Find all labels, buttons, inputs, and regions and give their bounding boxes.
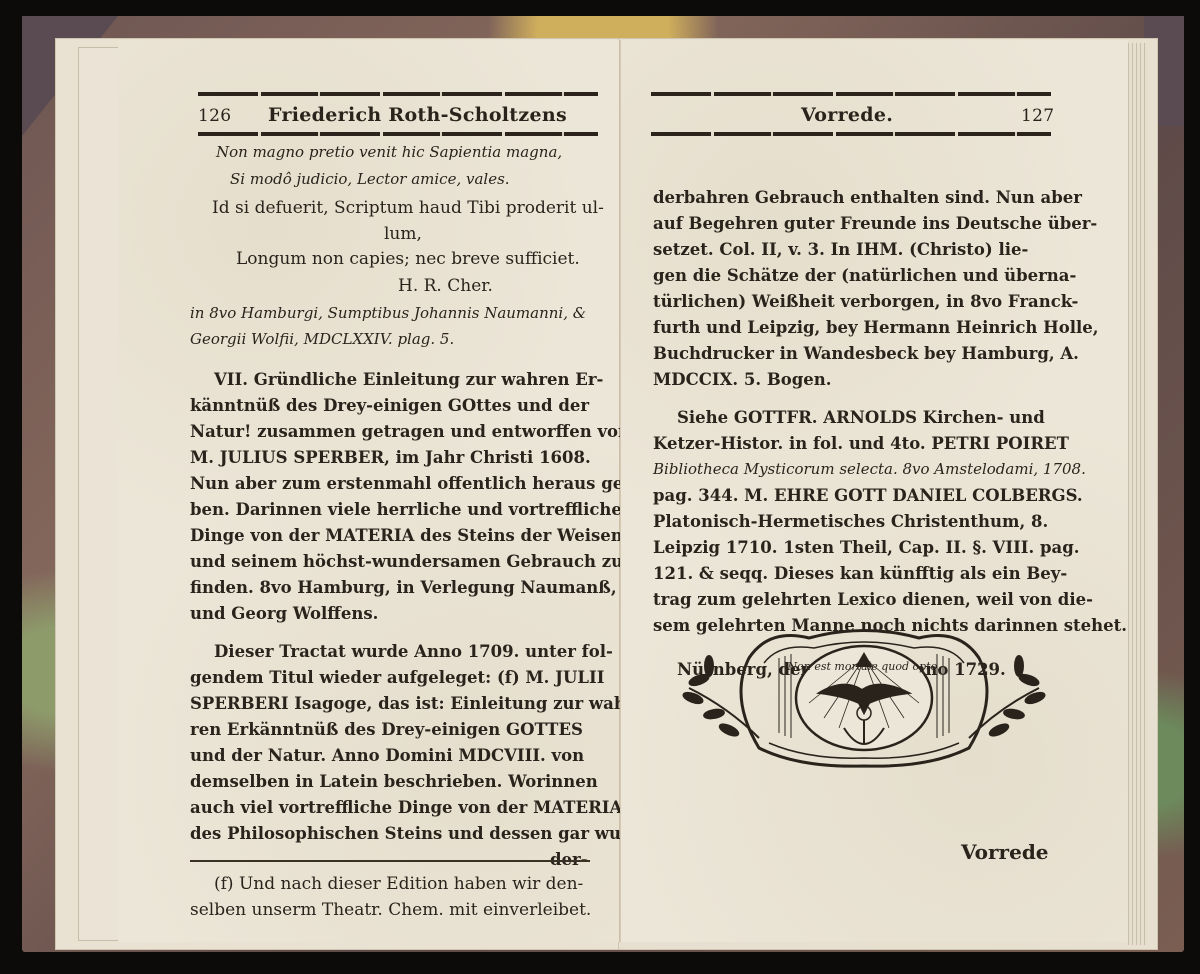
woodcut-ornament-icon: Non est mortale quod opto. [679, 618, 1049, 778]
text-line: demselben in Latein beschrieben. Worinne… [190, 774, 598, 791]
text-line: pag. 344. M. EHRE GOTT DANIEL COLBERGS. [653, 488, 1083, 505]
footnote-rule [190, 860, 590, 862]
ornament-motto: Non est mortale quod opto. [786, 660, 940, 673]
text-line: Georgii Wolfii, MDCLXXIV. plag. 5. [190, 332, 454, 347]
text-line: und seinem höchst-wundersamen Gebrauch z… [190, 554, 623, 571]
text-line: Dinge von der MATERIA des Steins der Wei… [190, 528, 623, 545]
left-page: 126 Friederich Roth-Scholtzens Non magno… [118, 40, 620, 942]
page-number: 126 [198, 106, 231, 126]
text-line: H. R. Cher. [398, 278, 493, 295]
text-line: SPERBERI Isagoge, das ist: Einleitung zu… [190, 696, 633, 713]
text-line: VII. Gründliche Einleitung zur wahren Er… [214, 372, 603, 389]
text-line: Si modô judicio, Lector amice, vales. [230, 172, 510, 187]
text-line: känntnüß des Drey-einigen GOttes und der [190, 398, 589, 415]
text-line: türlichen) Weißheit verborgen, in 8vo Fr… [653, 294, 1078, 311]
text-line: auch viel vortreffliche Dinge von der MA… [190, 800, 622, 817]
text-line: Id si defuerit, Scriptum haud Tibi prode… [212, 200, 604, 217]
text-line: Ketzer-Histor. in fol. und 4to. PETRI PO… [653, 436, 1069, 453]
text-line: (f) Und nach dieser Edition haben wir de… [214, 876, 583, 893]
text-line: derbahren Gebrauch enthalten sind. Nun a… [653, 190, 1082, 207]
text-line: Bibliotheca Mysticorum selecta. 8vo Amst… [653, 462, 1086, 477]
text-line: in 8vo Hamburgi, Sumptibus Johannis Naum… [190, 306, 586, 321]
text-line: und Georg Wolffens. [190, 606, 378, 623]
text-line: Nun aber zum erstenmahl offentlich herau… [190, 476, 652, 493]
text-line: selben unserm Theatr. Chem. mit einverle… [190, 902, 591, 919]
text-line: ben. Darinnen viele herrliche und vortre… [190, 502, 622, 519]
header-rule-bottom [651, 132, 1051, 136]
text-line: furth und Leipzig, bey Hermann Heinrich … [653, 320, 1099, 337]
header-rule-top [651, 92, 1051, 96]
text-line: Dieser Tractat wurde Anno 1709. unter fo… [214, 644, 613, 661]
text-line: M. JULIUS SPERBER, im Jahr Christi 1608. [190, 450, 591, 467]
text-line: MDCCIX. 5. Bogen. [653, 372, 832, 389]
text-line: Buchdrucker in Wandesbeck bey Hamburg, A… [653, 346, 1079, 363]
text-line: gendem Titul wieder aufgeleget: (f) M. J… [190, 670, 604, 687]
right-page: Vorrede. 127 derbahren Gebrauch enthalte… [620, 40, 1128, 942]
text-line: Longum non capies; nec breve sufficiet. [236, 251, 580, 268]
text-line: 121. & seqq. Dieses kan künfftig als ein… [653, 566, 1067, 583]
header-rule-top [198, 92, 598, 96]
text-line: Siehe GOTTFR. ARNOLDS Kirchen- und [677, 410, 1045, 427]
text-line: trag zum gelehrten Lexico dienen, weil v… [653, 592, 1093, 609]
text-line: finden. 8vo Hamburg, in Verlegung Nauman… [190, 580, 617, 597]
text-line: gen die Schätze der (natürlichen und übe… [653, 268, 1076, 285]
text-line: Natur! zusammen getragen und entworffen … [190, 424, 630, 441]
catchword: Vorrede [961, 840, 1049, 864]
text-line: lum, [384, 226, 422, 243]
running-head: Friederich Roth-Scholtzens [268, 104, 567, 126]
running-head: Vorrede. [801, 104, 893, 126]
text-line: ren Erkänntnüß des Drey-einigen GOTTES [190, 722, 583, 739]
header-rule-bottom [198, 132, 598, 136]
text-line: auf Begehren guter Freunde ins Deutsche … [653, 216, 1097, 233]
text-line: setzet. Col. II, v. 3. In IHM. (Christo)… [653, 242, 1028, 259]
text-line: Leipzig 1710. 1sten Theil, Cap. II. §. V… [653, 540, 1080, 557]
text-line: Platonisch-Hermetisches Christenthum, 8. [653, 514, 1048, 531]
text-line: und der Natur. Anno Domini MDCVIII. von [190, 748, 584, 765]
text-line: des Philosophischen Steins und dessen ga… [190, 826, 640, 843]
page-number: 127 [1021, 106, 1054, 126]
text-line: Non magno pretio venit hic Sapientia mag… [216, 145, 562, 160]
